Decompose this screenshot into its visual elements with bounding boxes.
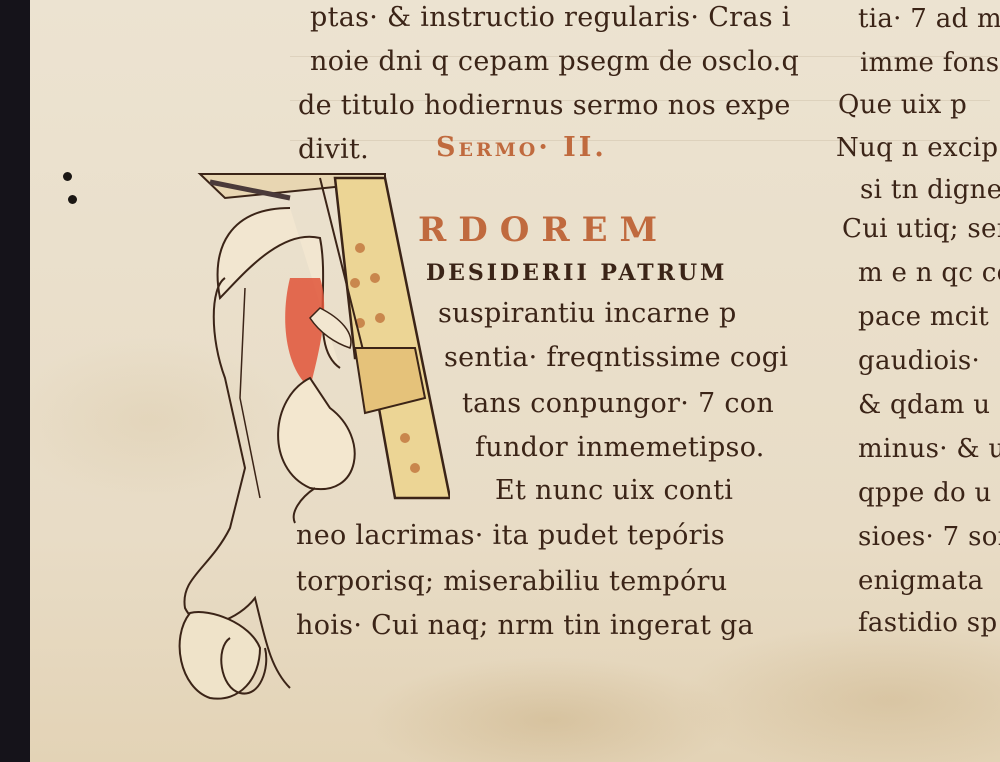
text-line: fastidio sp (858, 608, 997, 638)
text-line: si tn digne (860, 175, 1000, 205)
book-binding-edge (0, 0, 30, 762)
text-line: fundor inmemetipso. (475, 432, 765, 463)
text-line: & qdam u (858, 390, 990, 420)
text-line: pace mcit (858, 302, 989, 332)
text-line: Que uix p (838, 90, 967, 120)
text-line: hois· Cui naq; nrm tin ingerat ga (296, 610, 754, 641)
text-line: Et nunc uix conti (495, 475, 733, 506)
text-line: tia· 7 ad mi (858, 4, 1000, 34)
text-line: gaudiois· (858, 346, 980, 376)
text-line: ptas· & instructio regularis· Cras i (310, 2, 791, 33)
incipit-capitals: DESIDERII PATRUM (426, 260, 727, 286)
text-line: imme fons (860, 48, 999, 78)
text-line: noie dni q cepam psegm de osclo.q (310, 46, 799, 77)
text-line: Nuq n excip (836, 133, 998, 163)
text-line: tans conpungor· 7 con (462, 388, 774, 419)
text-line: m e n qc co (858, 258, 1000, 288)
text-line: qppe do u (858, 478, 992, 508)
rubric-heading: Sermo· II. (436, 132, 607, 163)
text-line: Cui utiq; ser (842, 214, 1000, 244)
text-line: torporisq; miserabiliu tempóru (296, 566, 727, 597)
text-line: sioes· 7 son (858, 522, 1000, 552)
text-line: sentia· freqntissime cogi (444, 342, 788, 373)
text-line: enigmata (858, 566, 984, 596)
sewing-hole (68, 195, 77, 204)
sewing-hole (63, 172, 72, 181)
text-line: suspirantiu incarne p (438, 298, 737, 329)
text-line: minus· & u (858, 434, 1000, 464)
text-line: de titulo hodiernus sermo nos expe (298, 90, 791, 121)
text-line: neo lacrimas· ita pudet tepóris (296, 520, 725, 551)
text-line: divit. (298, 134, 369, 165)
incipit-red-letters: RDOREM (418, 210, 669, 250)
